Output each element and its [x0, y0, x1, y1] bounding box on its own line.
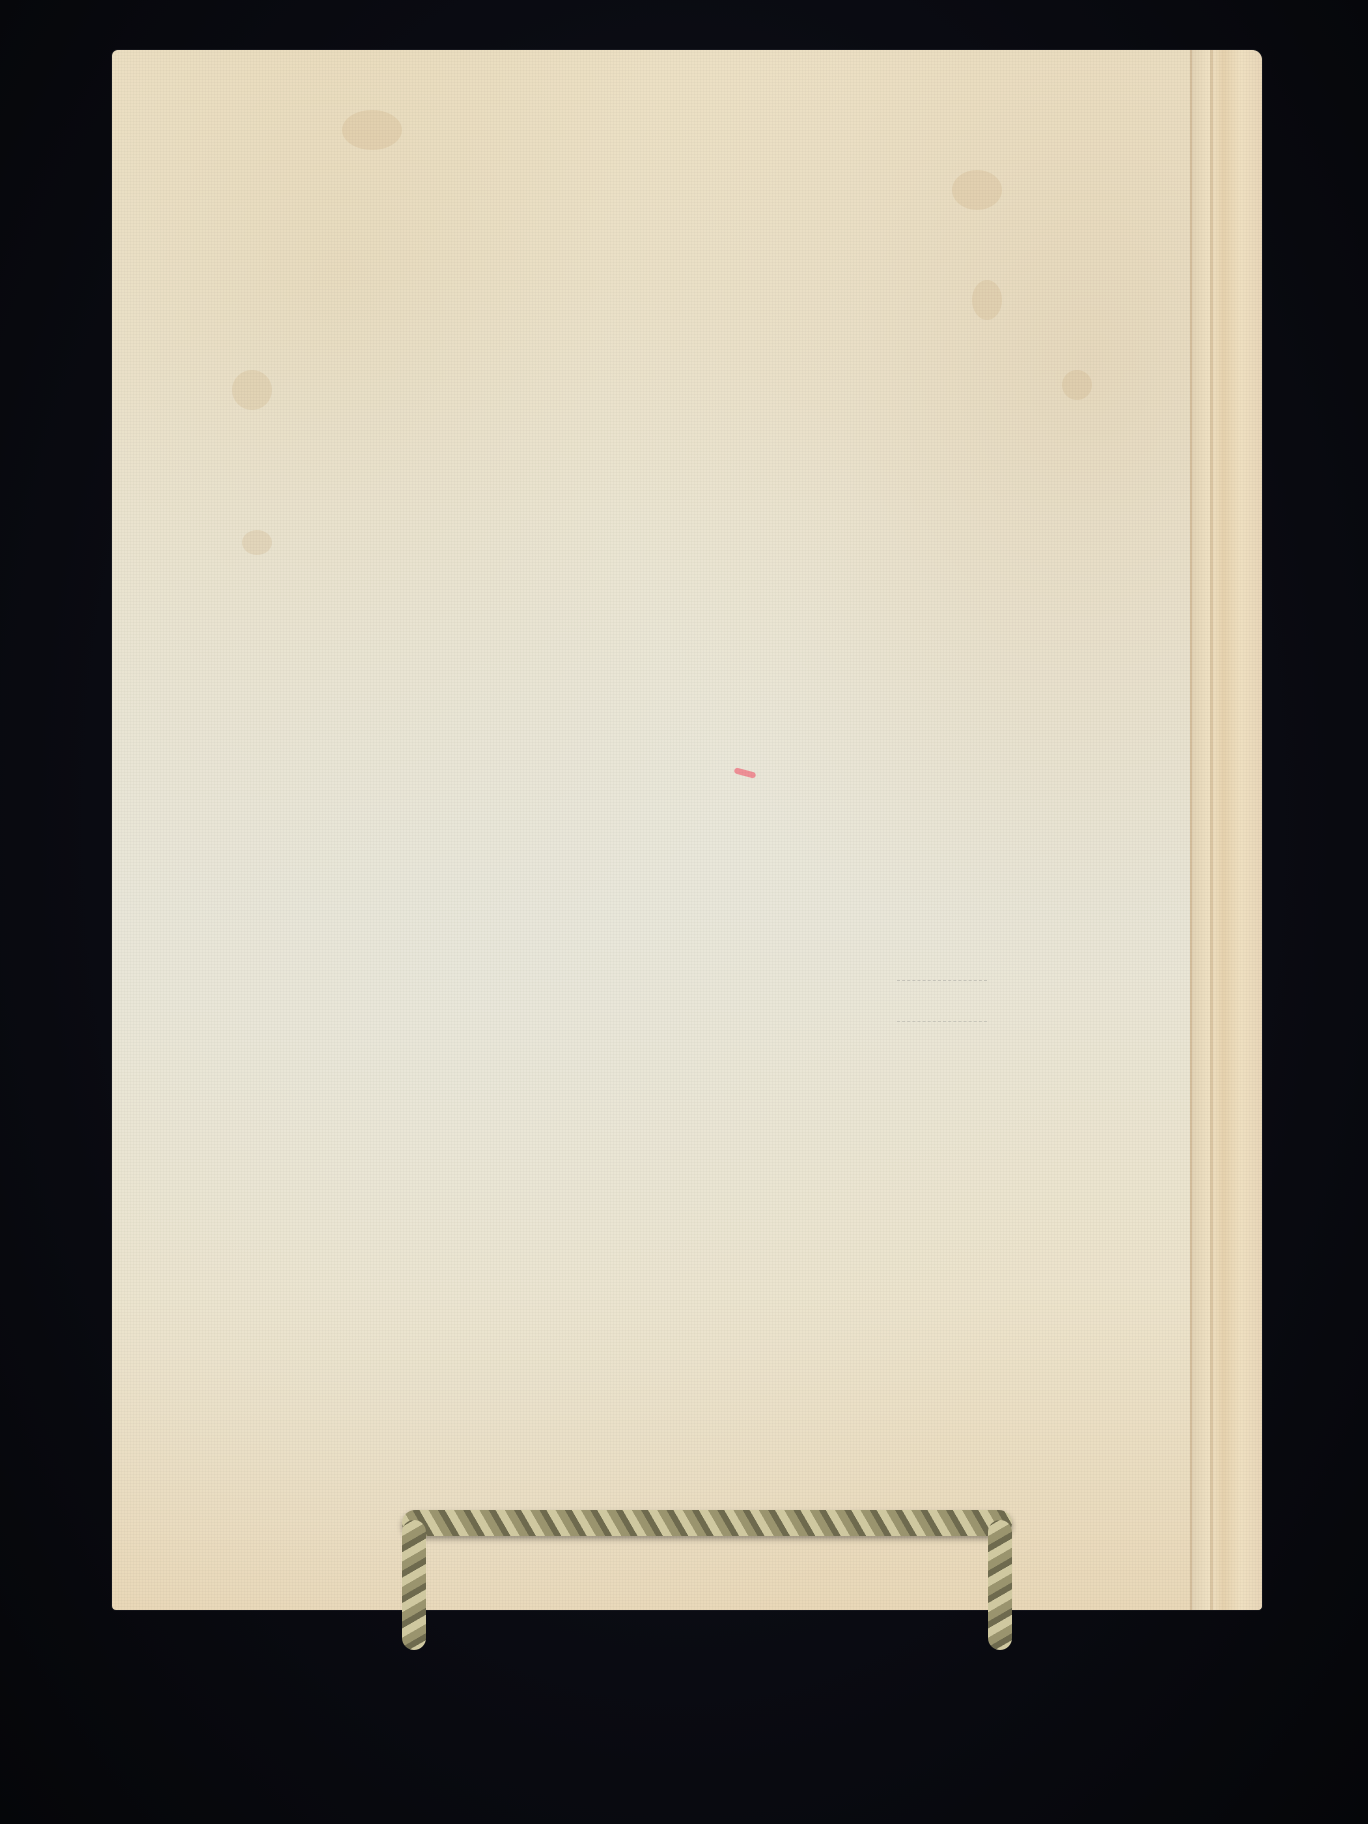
spine-groove — [1210, 50, 1213, 1610]
stain — [1062, 370, 1092, 400]
stain — [952, 170, 1002, 210]
stain — [342, 110, 402, 150]
stain — [972, 280, 1002, 320]
stain — [242, 530, 272, 555]
stain — [232, 370, 272, 410]
book-spine — [1190, 50, 1262, 1610]
pink-mark — [734, 767, 757, 778]
stand-leg-left — [402, 1520, 426, 1650]
stand-leg-right — [988, 1520, 1012, 1650]
pencil-marking — [897, 980, 987, 1022]
twisted-brass-book-stand — [402, 1510, 1012, 1660]
stand-crossbar — [402, 1510, 1012, 1536]
book-back-cover — [112, 50, 1262, 1610]
